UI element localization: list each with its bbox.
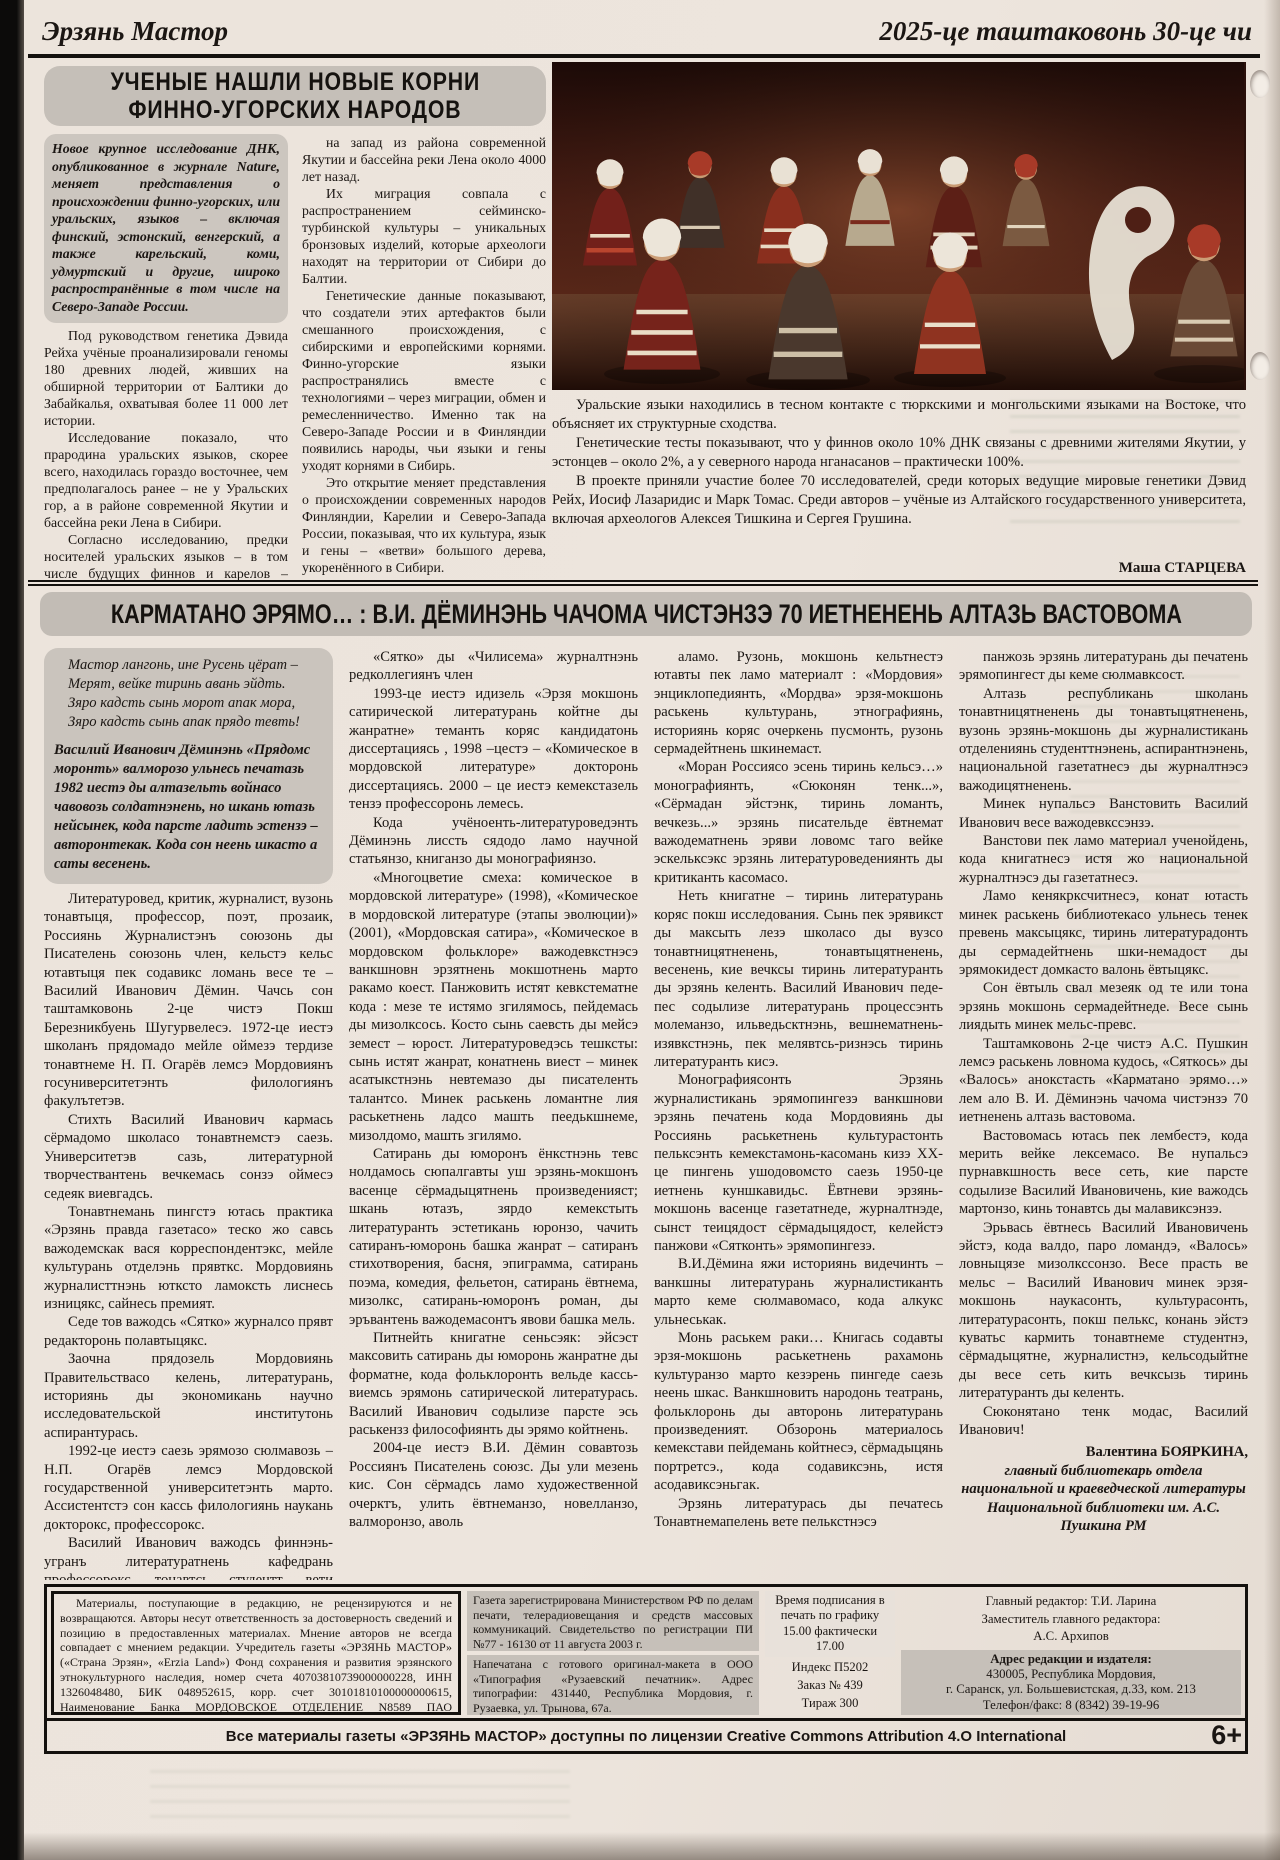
article2-col2-text: «Сятко» ды «Чилисема» журналтнэнь редкол… xyxy=(349,648,638,1532)
paragraph: Мерят, вейке тиринь авань эйдть. xyxy=(54,675,323,694)
paragraph: 430005, Республика Мордовия, xyxy=(905,1667,1237,1682)
paragraph: Седе тов важодсь «Сятко» журналсо прявт … xyxy=(44,1313,333,1350)
paragraph: Алтазь республикань школань тонавтницятн… xyxy=(959,685,1248,795)
imprint-address: Адрес редакции и издателя:430005, Респуб… xyxy=(901,1650,1241,1716)
imprint-editorial-block: Главный редактор: Т.И. ЛаринаЗаместитель… xyxy=(901,1591,1241,1715)
imprint-press-block: Время подписания в печать по графику 15.… xyxy=(765,1591,895,1715)
license-text: Все материалы газеты «ЭРЗЯНЬ МАСТОР» дос… xyxy=(226,1728,1066,1745)
issue-date: 2025-це таштаковонь 30-це чи xyxy=(879,16,1252,47)
paragraph: Зяро кадсть сынь морот апак мора, xyxy=(54,694,323,713)
newspaper-scan: { "colors": { "paper": "#ece4dc", "ink":… xyxy=(0,0,1280,1860)
paragraph: Монь раськем раки… Книгась содавты эрзя-… xyxy=(654,1329,943,1495)
scan-bottom-shadow xyxy=(0,1832,1280,1860)
paragraph: 1993-це иестэ идизель «Эрзя мокшонь сати… xyxy=(349,685,638,814)
paragraph: 1992-це иестэ саезь эрямозо сюлмавозь – … xyxy=(44,1442,333,1534)
paragraph: Адрес редакции и издателя: xyxy=(905,1652,1237,1667)
paragraph: аламо. Рузонь, мокшонь кельтнестэ ютавты… xyxy=(654,648,943,758)
imprint-printing: Напечатана с готового оригинал-макета в … xyxy=(467,1655,759,1715)
masthead: Эрзянь Мастор 2025-це таштаковонь 30-це … xyxy=(42,16,1252,47)
article2-column-1: Мастор лангонь, ине Русень цёрат –Мерят,… xyxy=(44,648,333,1580)
hole-punch xyxy=(1250,352,1270,380)
article2-epigraph-box: Мастор лангонь, ине Русень цёрат –Мерят,… xyxy=(44,648,333,884)
paragraph: на запад из района современной Якутии и … xyxy=(302,134,546,185)
paragraph: Неть книгатне – тиринь литературань коря… xyxy=(654,887,943,1071)
paragraph: Литературовед, критик, журналист, вузонь… xyxy=(44,890,333,1111)
paragraph: А.С. Архипов xyxy=(901,1628,1241,1646)
section-divider xyxy=(28,580,1258,586)
paragraph: 2004-це иестэ В.И. Дёмин совавтозь Росси… xyxy=(349,1439,638,1531)
article1-below-photo: Уральские языки находились в тесном конт… xyxy=(552,396,1246,556)
age-rating-badge: 6+ xyxy=(1211,1720,1242,1751)
article2-headline: КАРМАТАНО ЭРЯМО… : В.И. ДЁМИНЭНЬ ЧАЧОМА … xyxy=(40,592,1252,636)
paragraph: Телефон/факс: 8 (8342) 39-19-96 xyxy=(905,1698,1237,1713)
imprint-press-time: Время подписания в печать по графику 15.… xyxy=(765,1591,895,1657)
imprint-registration: Газета зарегистрирована Министерством РФ… xyxy=(467,1591,759,1651)
article1-col1-text: Под руководством генетика Дэвида Рейха у… xyxy=(44,327,288,586)
article2-col3-text: аламо. Рузонь, мокшонь кельтнестэ ютавты… xyxy=(654,648,943,1532)
paragraph: Ламо кенякрксчитнесэ, конат ютасть минек… xyxy=(959,887,1248,979)
paragraph: панжозь эрзянь литературань ды печатень … xyxy=(959,648,1248,685)
paragraph: Таштамковонь 2-це чистэ А.С. Пушкин лемс… xyxy=(959,1035,1248,1127)
paragraph: Стихть Василий Иванович кармась сёрмадом… xyxy=(44,1111,333,1203)
paragraph: Зяро кадсть сынь апак прядо тевть! xyxy=(54,713,323,732)
paragraph: Под руководством генетика Дэвида Рейха у… xyxy=(44,327,288,429)
article2-col4-text: панжозь эрзянь литературань ды печатень … xyxy=(959,648,1248,1439)
paragraph: Заместитель главного редактора: xyxy=(901,1611,1241,1629)
paragraph: Их миграция совпала с распространением с… xyxy=(302,185,546,287)
imprint-row: Материалы, поступающие в редакцию, не ре… xyxy=(51,1591,1241,1715)
article2-columns: Мастор лангонь, ине Русень цёрат –Мерят,… xyxy=(44,648,1248,1580)
article1-col2-text: на запад из района современной Якутии и … xyxy=(302,134,546,576)
scan-edge-shadow xyxy=(1264,0,1280,1860)
paragraph: Вастовомась ютась пек лембестэ, кода мер… xyxy=(959,1127,1248,1219)
article2-headline-text: КАРМАТАНО ЭРЯМО… : В.И. ДЁМИНЭНЬ ЧАЧОМА … xyxy=(110,599,1181,630)
paragraph: Тонавтнемань пингстэ ютась практика «Эрз… xyxy=(44,1203,333,1313)
license-bar: Все материалы газеты «ЭРЗЯНЬ МАСТОР» дос… xyxy=(47,1718,1245,1751)
paragraph: Согласно исследованию, предки носителей … xyxy=(44,531,288,586)
article1-headline: УЧЕНЫЕ НАШЛИ НОВЫЕ КОРНИ ФИННО-УГОРСКИХ … xyxy=(44,66,546,126)
paragraph: Монографиясонть Эрзянь журналистикань эр… xyxy=(654,1071,943,1255)
paragraph: Кода учёноенть-литературоведэнть Дёминэн… xyxy=(349,814,638,869)
paragraph: Василий Иванович важодсь финнэнь-угранъ … xyxy=(44,1534,333,1580)
masthead-rule xyxy=(28,54,1260,58)
paragraph: Ванстови пек ламо материал ученойдень, к… xyxy=(959,832,1248,887)
article1-headline-line2: ФИННО-УГОРСКИХ НАРОДОВ xyxy=(128,96,461,124)
paragraph: Мастор лангонь, ине Русень цёрат – xyxy=(54,656,323,675)
paragraph: В.И.Дёмина яжи историянь видечинть – ван… xyxy=(654,1255,943,1329)
imprint-registration-block: Газета зарегистрирована Министерством РФ… xyxy=(467,1591,759,1715)
article2-author: Валентина БОЯРКИНА, xyxy=(959,1443,1248,1461)
imprint-editors: Главный редактор: Т.И. ЛаринаЗаместитель… xyxy=(901,1591,1241,1646)
paragraph: В проекте приняли участие более 70 иссле… xyxy=(552,472,1246,529)
paragraph: Сюконятано тенк модас, Василий Иванович! xyxy=(959,1403,1248,1440)
paragraph: Сон ёвтыль свал мезеяк од те или тона эр… xyxy=(959,979,1248,1034)
paragraph: Генетические данные показывают, что созд… xyxy=(302,287,546,474)
paragraph: «Сятко» ды «Чилисема» журналтнэнь редкол… xyxy=(349,648,638,685)
paragraph: Питнейть книгатне сеньсэяк: эйсэст максо… xyxy=(349,1329,638,1439)
paragraph: Эрьвась ёвтнесь Василий Ивановичень эйст… xyxy=(959,1219,1248,1403)
article2-col1-text: Литературовед, критик, журналист, вузонь… xyxy=(44,890,333,1580)
paragraph: Уральские языки находились в тесном конт… xyxy=(552,396,1246,434)
newspaper-title: Эрзянь Мастор xyxy=(42,16,228,47)
imprint-disclaimer-text: Материалы, поступающие в редакцию, не ре… xyxy=(60,1596,452,1715)
imprint-disclaimer: Материалы, поступающие в редакцию, не ре… xyxy=(51,1591,461,1715)
paragraph: Исследование показало, что прародина ура… xyxy=(44,429,288,531)
paragraph: Эрзянь литературась ды печатесь Тонавтне… xyxy=(654,1495,943,1532)
article2-lede: Василий Иванович Дёминэнь «Прядомс морон… xyxy=(54,741,323,874)
article1-columns: Новое крупное исследование ДНК, опублико… xyxy=(44,134,546,586)
article2-column-2: «Сятко» ды «Чилисема» журналтнэнь редкол… xyxy=(349,648,638,1580)
paragraph: Заочна прядозель Мордовиянь Правительств… xyxy=(44,1350,333,1442)
paragraph: «Многоцветие смеха: комическое в мордовс… xyxy=(349,869,638,1145)
article2-author-title: главный библиотекарь отдела национальной… xyxy=(959,1462,1248,1536)
article1-author: Маша СТАРЦЕВА xyxy=(552,560,1246,577)
article1-column-2: на запад из района современной Якутии и … xyxy=(302,134,546,586)
paragraph: e-mail: erzian-mastor@mail.ru www.erzian… xyxy=(905,1713,1237,1715)
bleed-through xyxy=(150,1770,570,1820)
paragraph: Сатирань ды юморонъ ёнкстнэнь тевс нолда… xyxy=(349,1145,638,1329)
imprint-box: Материалы, поступающие в редакцию, не ре… xyxy=(44,1584,1248,1754)
paragraph: Заказ № 439 xyxy=(765,1678,895,1693)
folk-dolls-illustration xyxy=(552,62,1244,390)
article2-column-3: аламо. Рузонь, мокшонь кельтнестэ ютавты… xyxy=(654,648,943,1580)
paragraph: «Моран Россиясо эсень тиринь кельсэ…» мо… xyxy=(654,758,943,887)
paragraph: Индекс П5202 xyxy=(765,1660,895,1675)
article-photo xyxy=(552,62,1246,390)
article1-headline-line1: УЧЕНЫЕ НАШЛИ НОВЫЕ КОРНИ xyxy=(110,68,479,96)
paragraph: Минек нупальсэ Ванстовить Василий Иванов… xyxy=(959,795,1248,832)
imprint-index: Индекс П5202Заказ № 439Тираж 300 xyxy=(765,1657,895,1715)
article1-column-1: Новое крупное исследование ДНК, опублико… xyxy=(44,134,288,586)
paragraph: г. Саранск, ул. Большевистская, д.33, ко… xyxy=(905,1682,1237,1697)
article1-lead: Новое крупное исследование ДНК, опублико… xyxy=(44,134,288,323)
article2-epigraph: Мастор лангонь, ине Русень цёрат –Мерят,… xyxy=(54,656,323,732)
hole-punch xyxy=(1250,70,1270,98)
article2-column-4: панжозь эрзянь литературань ды печатень … xyxy=(959,648,1248,1580)
paragraph: Главный редактор: Т.И. Ларина xyxy=(901,1593,1241,1611)
scan-edge-strip xyxy=(0,0,24,1860)
paragraph: Тираж 300 xyxy=(765,1696,895,1711)
paragraph: Это открытие меняет представления о прои… xyxy=(302,474,546,576)
paragraph: Генетические тесты показывают, что у фин… xyxy=(552,434,1246,472)
